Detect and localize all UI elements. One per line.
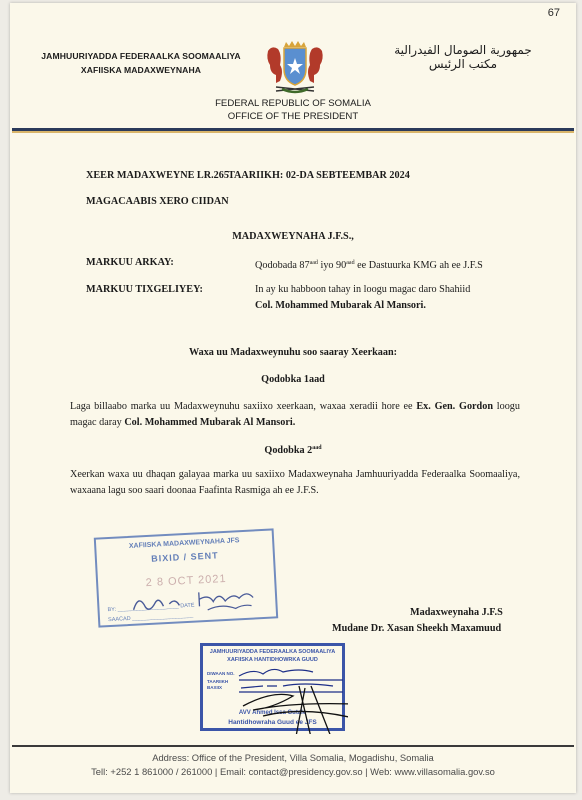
footer-divider — [12, 745, 574, 747]
recital1-label: MARKUU ARKAY: — [86, 256, 174, 270]
letterhead-arabic-line2: مكتب الرئيس — [388, 57, 538, 71]
coat-of-arms-icon — [262, 41, 328, 97]
recital2-text-line2: Col. Mohammed Mubarak Al Mansori. — [255, 299, 426, 313]
recital1-text: Qodobada 87aad iyo 90aad ee Dastuurka KM… — [255, 256, 483, 273]
auditor-general-stamp: JAMHUURIYADDA FEDERAALKA SOOMAALIYA XAFI… — [200, 643, 345, 731]
handwritten-annotation-icon — [203, 646, 348, 734]
article2-title: Qodobka 2aad — [10, 441, 576, 458]
article1-text: Laga billaabo marka uu Madaxweynuhu saxi… — [70, 399, 520, 431]
signatory-name: Mudane Dr. Xasan Sheekh Maxamuud — [332, 622, 501, 636]
sent-stamp: XAFIISKA MADAXWEYNAHA JFS BIXID / SENT 2… — [94, 528, 278, 627]
decree-subject: MAGACAABIS XERO CIIDAN — [86, 195, 229, 209]
footer: Address: Office of the President, Villa … — [10, 751, 576, 779]
decree-date: TAARIIKH: 02-DA SEBTEEMBAR 2024 — [228, 169, 410, 183]
letterhead-somali-line1: JAMHUURIYADDA FEDERAALKA SOOMAALIYA — [36, 49, 246, 63]
recital2-text-line1: In ay ku habboon tahay in loogu magac da… — [255, 283, 470, 297]
handwritten-signature-icon — [129, 583, 260, 618]
sent-stamp-label: BIXID / SENT — [97, 547, 273, 566]
article2-text: Xeerkan waxa uu dhaqan galayaa marka uu … — [70, 467, 520, 499]
decree-issuer: MADAXWEYNAHA J.F.S., — [10, 230, 576, 244]
letterhead-somali: JAMHUURIYADDA FEDERAALKA SOOMAALIYA XAFI… — [36, 49, 246, 77]
footer-address: Address: Office of the President, Villa … — [10, 751, 576, 765]
letterhead-english-line2: OFFICE OF THE PRESIDENT — [10, 110, 576, 123]
letterhead-arabic: جمهورية الصومال الفيدرالية مكتب الرئيس — [388, 43, 538, 71]
letterhead-english-line1: FEDERAL REPUBLIC OF SOMALIA — [10, 97, 576, 110]
recital2-label: MARKUU TIXGELIYEY: — [86, 283, 203, 297]
decree-intro: Waxa uu Madaxweynuhu soo saaray Xeerkaan… — [10, 346, 576, 360]
page-number: 67 — [548, 7, 560, 19]
footer-contact: Tell: +252 1 861000 / 261000 | Email: co… — [10, 765, 576, 779]
letterhead-english: FEDERAL REPUBLIC OF SOMALIA OFFICE OF TH… — [10, 97, 576, 123]
letterhead-somali-line2: XAFIISKA MADAXWEYNAHA — [36, 63, 246, 77]
document-page: 67 JAMHUURIYADDA FEDERAALKA SOOMAALIYA X… — [10, 3, 576, 793]
sent-stamp-time-label: SAACAD ____________________ — [108, 613, 194, 623]
letterhead-arabic-line1: جمهورية الصومال الفيدرالية — [388, 43, 538, 57]
header-divider — [12, 128, 574, 133]
signatory-title: Madaxweynaha J.F.S — [410, 606, 503, 620]
decree-number: XEER MADAXWEYNE LR.265 — [86, 169, 229, 183]
article1-title: Qodobka 1aad — [10, 373, 576, 387]
